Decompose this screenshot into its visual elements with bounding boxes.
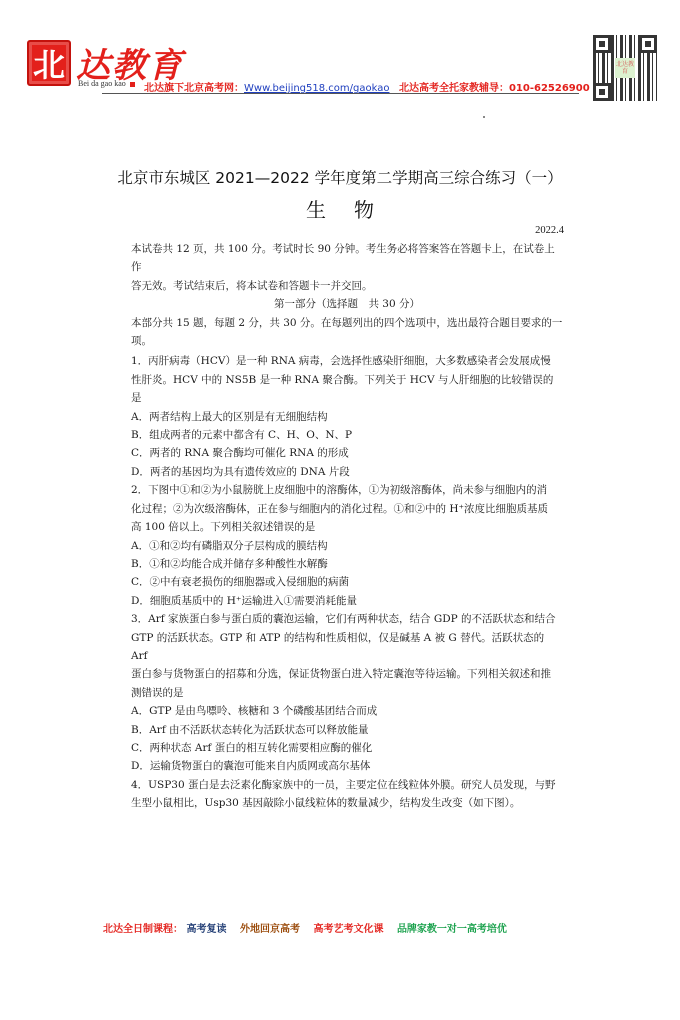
option-a: A．GTP 是由鸟嘌呤、核糖和 3 个磷酸基团结合而成: [131, 702, 563, 720]
question-3: 3．Arf 家族蛋白参与蛋白质的囊泡运输，它们有两种状态，结合 GDP 的不活跃…: [131, 610, 563, 776]
qr-finder-icon: [593, 83, 611, 101]
document-title: 北京市东城区 2021—2022 学年度第二学期高三综合练习（一）: [0, 166, 680, 188]
question-stem: 测错误的是: [131, 684, 563, 702]
question-stem: GTP 的活跃状态。GTP 和 ATP 的结构和性质相似，仅是碱基 A 被 G …: [131, 629, 563, 666]
logo-subtitle: Bei da gao kao: [78, 79, 135, 88]
question-stem: 性肝炎。HCV 中的 NS5B 是一种 RNA 聚合酶。下列关于 HCV 与人肝…: [131, 371, 563, 408]
option-a: A．①和②均有磷脂双分子层构成的膜结构: [131, 537, 563, 555]
footer-label: 北达全日制课程：: [103, 924, 183, 935]
option-b: B．组成两者的元素中都含有 C、H、O、N、P: [131, 426, 563, 444]
option-c: C．两种状态 Arf 蛋白的相互转化需要相应酶的催化: [131, 739, 563, 757]
exam-date: 2022.4: [535, 225, 564, 236]
instructions-line: 本试卷共 12 页，共 100 分。考试时长 90 分钟。考生务必将答案答在答题…: [131, 240, 563, 277]
question-stem: 化过程；②为次级溶酶体，正在参与细胞内的消化过程。①和②中的 H⁺浓度比细胞质基…: [131, 500, 563, 518]
question-stem: 3．Arf 家族蛋白参与蛋白质的囊泡运输，它们有两种状态，结合 GDP 的不活跃…: [131, 610, 563, 628]
footer-course-return: 外地回京高考: [240, 924, 300, 935]
question-stem: 4．USP30 蛋白是去泛素化酶家族中的一员，主要定位在线粒体外膜。研究人员发现…: [131, 776, 563, 794]
logo-icon: 北: [27, 40, 71, 86]
subject-title: 生物: [0, 194, 680, 223]
logo-subtitle-text: Bei da gao kao: [78, 79, 126, 88]
exam-body: 本试卷共 12 页，共 100 分。考试时长 90 分钟。考生务必将答案答在答题…: [131, 240, 563, 813]
footer-course-tutoring: 品牌家教一对一高考培优: [397, 924, 507, 935]
footer-course-art: 高考艺考文化课: [313, 924, 383, 935]
question-stem: 蛋白参与货物蛋白的招募和分选，保证货物蛋白进入特定囊泡等待运输。下列相关叙述和推: [131, 665, 563, 683]
footer-course-repeat: 高考复读: [186, 924, 226, 935]
option-c: C．②中有衰老损伤的细胞器或入侵细胞的病菌: [131, 573, 563, 591]
qr-finder-icon: [593, 35, 611, 53]
header-info-line: 北达旗下北京高考网：Www.beijing518.com/gaokao 北达高考…: [144, 79, 590, 94]
stray-mark: [483, 116, 485, 118]
question-stem: 1．丙肝病毒（HCV）是一种 RNA 病毒，会选择性感染肝细胞，大多数感染者会发…: [131, 352, 563, 370]
square-bullet-icon: [130, 82, 135, 87]
section-intro-line: 本部分共 15 题，每题 2 分，共 30 分。在每题列出的四个选项中，选出最符…: [131, 314, 563, 332]
option-d: D．细胞质基质中的 H⁺运输进入①需要消耗能量: [131, 592, 563, 610]
question-stem: 高 100 倍以上。下列相关叙述错误的是: [131, 518, 563, 536]
question-stem: 2．下图中①和②为小鼠膀胱上皮细胞中的溶酶体，①为初级溶酶体，尚未参与细胞内的消: [131, 481, 563, 499]
qr-code-icon: 北达教育: [593, 35, 657, 101]
section-heading: 第一部分（选择题 共 30 分）: [131, 295, 563, 313]
question-2: 2．下图中①和②为小鼠膀胱上皮细胞中的溶酶体，①为初级溶酶体，尚未参与细胞内的消…: [131, 481, 563, 610]
question-4: 4．USP30 蛋白是去泛素化酶家族中的一员，主要定位在线粒体外膜。研究人员发现…: [131, 776, 563, 813]
option-b: B．①和②均能合成并储存多种酸性水解酶: [131, 555, 563, 573]
option-d: D．两者的基因均为具有遗传效应的 DNA 片段: [131, 463, 563, 481]
qr-center-logo: 北达教育: [615, 58, 635, 78]
instructions-line: 答无效。考试结束后，将本试卷和答题卡一并交回。: [131, 277, 563, 295]
option-a: A．两者结构上最大的区别是有无细胞结构: [131, 408, 563, 426]
page-header: 北 达教育 Bei da gao kao 北达旗下北京高考网：Www.beiji…: [0, 0, 680, 115]
header-divider: [102, 93, 579, 94]
option-c: C．两者的 RNA 聚合酶均可催化 RNA 的形成: [131, 444, 563, 462]
section-intro-line: 项。: [131, 332, 563, 350]
option-b: B．Arf 由不活跃状态转化为活跃状态可以释放能量: [131, 721, 563, 739]
qr-finder-icon: [639, 35, 657, 53]
question-stem: 生型小鼠相比，Usp30 基因敲除小鼠线粒体的数量减少，结构发生改变（如下图）。: [131, 794, 563, 812]
page-footer: 北达全日制课程： 高考复读 外地回京高考 高考艺考文化课 品牌家教一对一高考培优: [103, 920, 517, 935]
option-d: D．运输货物蛋白的囊泡可能来自内质网或高尔基体: [131, 757, 563, 775]
question-1: 1．丙肝病毒（HCV）是一种 RNA 病毒，会选择性感染肝细胞，大多数感染者会发…: [131, 352, 563, 481]
